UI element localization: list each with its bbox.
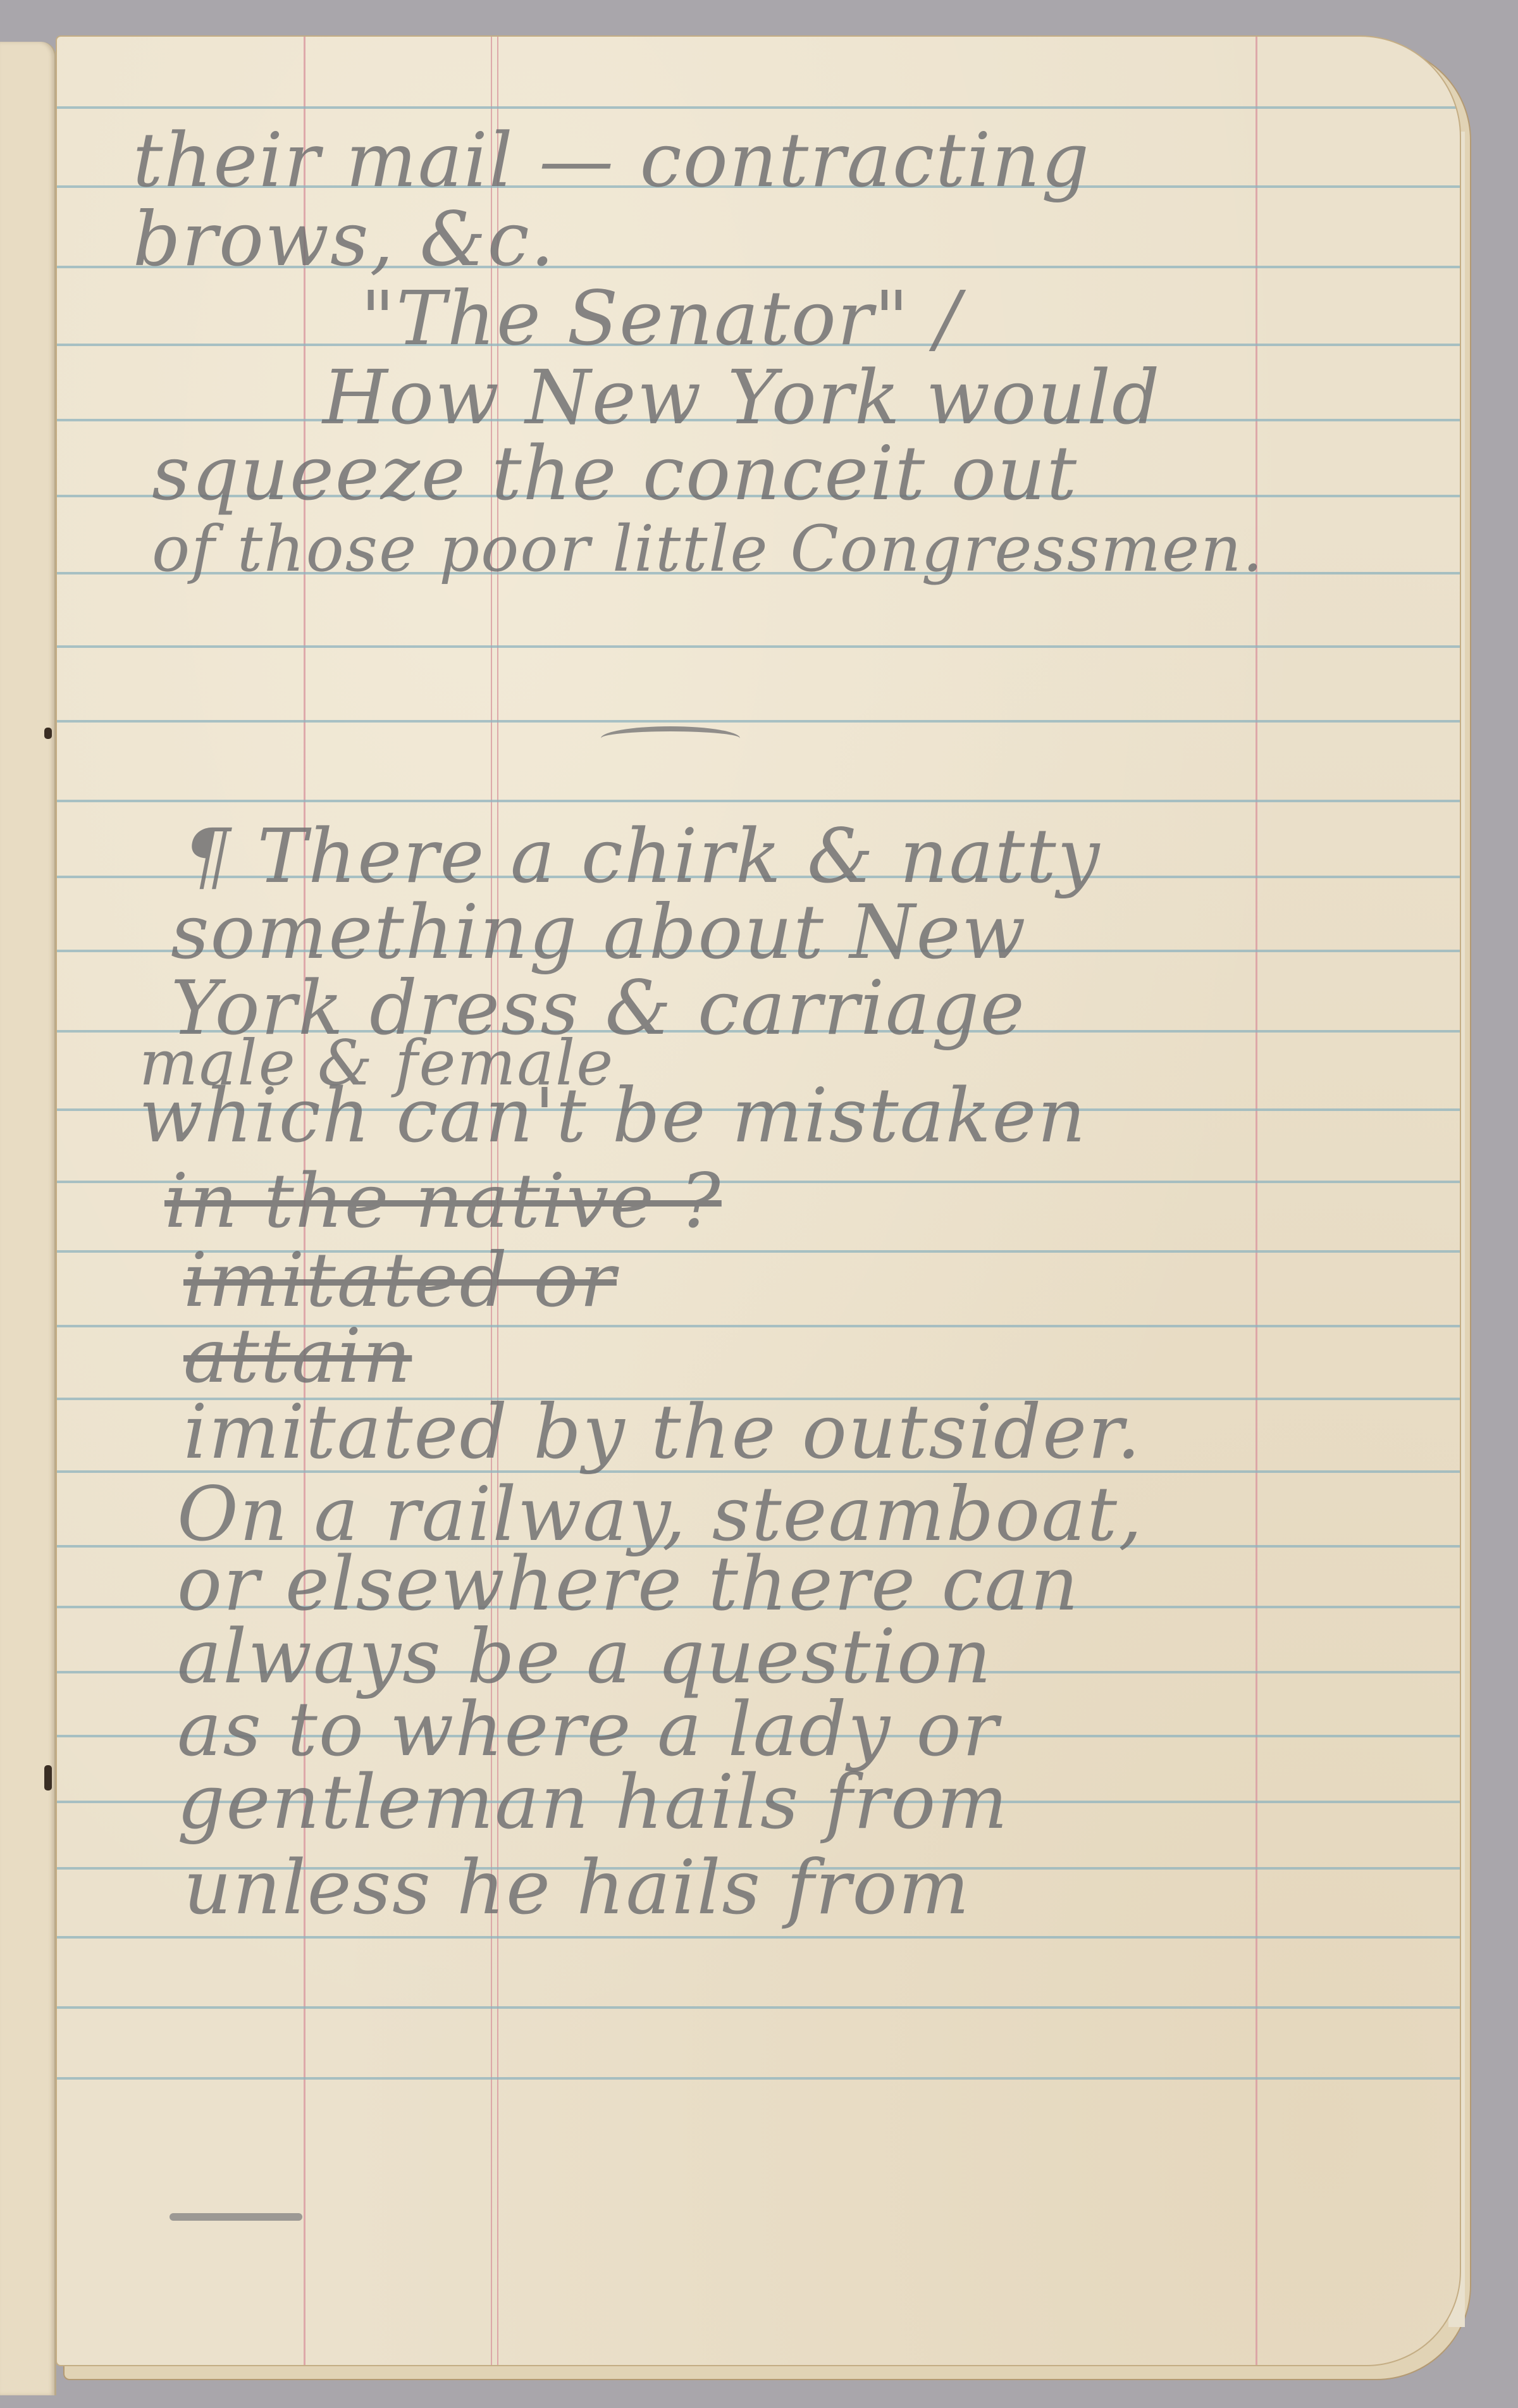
handwritten-line: unless he hails from (183, 1846, 970, 1928)
struck-line: in the native ? (164, 1160, 722, 1242)
handwritten-line: brows, &c. (133, 198, 555, 280)
handwritten-line: "The Senator" / (361, 277, 961, 359)
handwritten-line: their mail — contracting (133, 119, 1090, 201)
struck-line: attain (183, 1315, 412, 1397)
rule-line (57, 106, 1460, 109)
binding-hole (44, 728, 52, 739)
rule-line (57, 1936, 1460, 1939)
facing-page-edge (0, 42, 56, 2395)
handwritten-line: ¶ There a chirk & natty (183, 815, 1101, 897)
underline-mark (170, 2213, 302, 2221)
binding-hole (44, 1765, 52, 1790)
handwritten-line: which can't be mistaken (139, 1074, 1087, 1157)
section-divider-mark (601, 726, 740, 750)
handwritten-line: something about New (171, 891, 1027, 973)
rule-line (57, 800, 1460, 802)
rule-line (57, 2077, 1460, 2080)
struck-line: imitated or (183, 1239, 617, 1321)
handwritten-line: of those poor little Congressmen. (152, 508, 1264, 590)
rule-line (57, 645, 1460, 648)
margin-line-right (1256, 37, 1257, 2365)
handwritten-line: squeeze the conceit out (152, 432, 1078, 514)
notebook-page: their mail — contracting brows, &c. "The… (56, 35, 1461, 2366)
handwritten-line: gentleman hails from (177, 1761, 1009, 1843)
handwritten-line: imitated by the outsider. (183, 1391, 1142, 1473)
rule-line (57, 720, 1460, 723)
rule-line (57, 2006, 1460, 2009)
handwritten-line: How New York would (323, 356, 1161, 438)
